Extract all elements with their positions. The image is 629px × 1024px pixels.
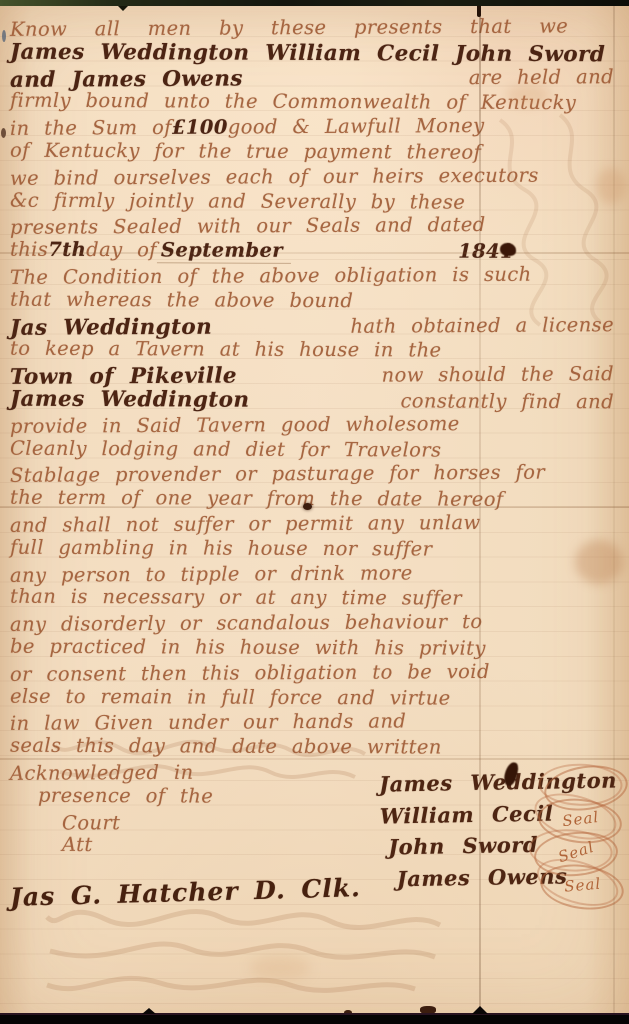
manuscript-text: in the Sum of [10,116,172,140]
manuscript-line: and James Owensare held and [10,64,622,93]
manuscript-text: constantly find and [400,389,614,413]
ink-speck [303,503,312,510]
manuscript-line: Know all men by these presents that we [10,14,622,43]
manuscript-text: we bind ourselves each of our heirs exec… [10,163,539,189]
seal-label: Seal [564,875,602,896]
manuscript-text: Att [62,833,93,856]
stain [250,955,310,981]
manuscript-text: or consent then this obligation to be vo… [10,660,490,686]
manuscript-text: James Weddington William Cecil John Swor… [10,39,605,67]
manuscript-text: seals this day and date above written [10,734,442,759]
manuscript-text: full gambling in his house nor suffer [10,535,432,560]
manuscript-text: day of [86,238,157,261]
manuscript-line: firmly bound unto the Commonwealth of Ke… [10,89,622,116]
ink-blob [500,243,516,256]
signatory-name: John Sword [388,832,538,860]
manuscript-line: or consent then this obligation to be vo… [10,659,622,688]
manuscript-text: £100 [172,116,228,139]
clerk-signature: Jas G. Hatcher D. Clk. [10,873,362,912]
manuscript-text: of Kentucky for the true payment thereof [10,139,481,164]
manuscript-line: and shall not suffer or permit any unlaw [10,510,622,539]
manuscript-text: now should the Said [382,362,615,386]
manuscript-line: of Kentucky for the true payment thereof [10,139,622,166]
manuscript-text: in law Given under our hands and [10,710,406,735]
manuscript-text: Stablage provender or pasturage for hors… [10,461,545,487]
manuscript-page: Know all men by these presents that weJa… [0,0,629,1024]
manuscript-text: presents Sealed with our Seals and dated [10,213,486,239]
manuscript-line: provide in Said Tavern good wholesome [10,411,622,440]
manuscript-text: Know all men by these presents that we [10,14,568,40]
manuscript-line: in law Given under our hands and [10,708,622,737]
manuscript-line: James Weddingtonconstantly find and [10,387,622,414]
fold-crease-horizontal [0,506,629,508]
manuscript-text: firmly bound unto the Commonwealth of Ke… [10,89,576,114]
manuscript-text: Cleanly lodging and diet for Travelors [10,436,442,461]
manuscript-text: are held and [469,65,614,89]
manuscript-text: any disorderly or scandalous behaviour t… [10,610,483,636]
manuscript-text: and shall not suffer or permit any unlaw [10,511,481,537]
manuscript-line: Stablage provender or pasturage for hors… [10,460,622,489]
manuscript-text: to keep a Tavern at his house in the [10,337,442,362]
manuscript-text: James Weddington [10,387,250,413]
manuscript-text: hath obtained a license [350,313,614,338]
manuscript-line: else to remain in full force and virtue [10,684,622,711]
manuscript-text: be practiced in his house with his privi… [10,635,486,660]
scan-border-top [0,0,629,6]
manuscript-line: we bind ourselves each of our heirs exec… [10,163,622,192]
manuscript-text: than is necessary or at any time suffer [10,585,462,610]
manuscript-line: The Condition of the above obligation is… [10,262,622,291]
manuscript-text: presence of the [38,783,213,807]
manuscript-line: the term of one year from the date hereo… [10,486,622,513]
manuscript-line: be practiced in his house with his privi… [10,635,622,662]
manuscript-line: any person to tipple or drink more [10,560,622,589]
fold-crease-horizontal [0,252,629,254]
ink-speck [1,128,6,138]
signature-row: James Weddington Jr. [379,768,565,803]
manuscript-line: Cleanly lodging and diet for Travelors [10,436,622,463]
manuscript-line: in the Sum of£100good & Lawfull Money [10,113,622,142]
manuscript-text: Court [62,811,121,834]
manuscript-line: &c firmly jointly and Severally by these [10,188,622,215]
manuscript-line: Jas Weddingtonhath obtained a license [10,312,622,341]
ink-speck [2,30,6,42]
manuscript-text: that whereas the above bound [10,287,353,311]
manuscript-text: The Condition of the above obligation is… [10,263,532,289]
scan-border-bottom [0,1013,629,1024]
manuscript-line: any disorderly or scandalous behaviour t… [10,609,622,638]
manuscript-lines: Know all men by these presents that weJa… [10,16,622,859]
fold-crease-horizontal [0,758,629,760]
manuscript-line: James Weddington William Cecil John Swor… [10,39,622,66]
manuscript-text: Acknowledged in [10,761,194,785]
manuscript-text: good & Lawfull Money [228,114,485,139]
manuscript-line: that whereas the above bound [10,287,622,314]
manuscript-text: any person to tipple or drink more [10,561,413,586]
signatory-name: William Cecil [379,800,553,828]
manuscript-line: Town of Pikevillenow should the Said [10,361,622,390]
manuscript-text: this [10,238,48,261]
manuscript-text: provide in Said Tavern good wholesome [10,412,460,438]
manuscript-line: to keep a Tavern at his house in the [10,337,622,364]
manuscript-text: &c firmly jointly and Severally by these [10,188,465,213]
manuscript-text: else to remain in full force and virtue [10,684,451,709]
manuscript-line: full gambling in his house nor suffer [10,535,622,562]
manuscript-line: than is necessary or at any time suffer [10,585,622,612]
seal-label: Seal [561,808,600,830]
manuscript-line: presents Sealed with our Seals and dated [10,213,622,242]
manuscript-text: 7th [48,238,86,261]
bleed-through-marks [45,905,445,1005]
